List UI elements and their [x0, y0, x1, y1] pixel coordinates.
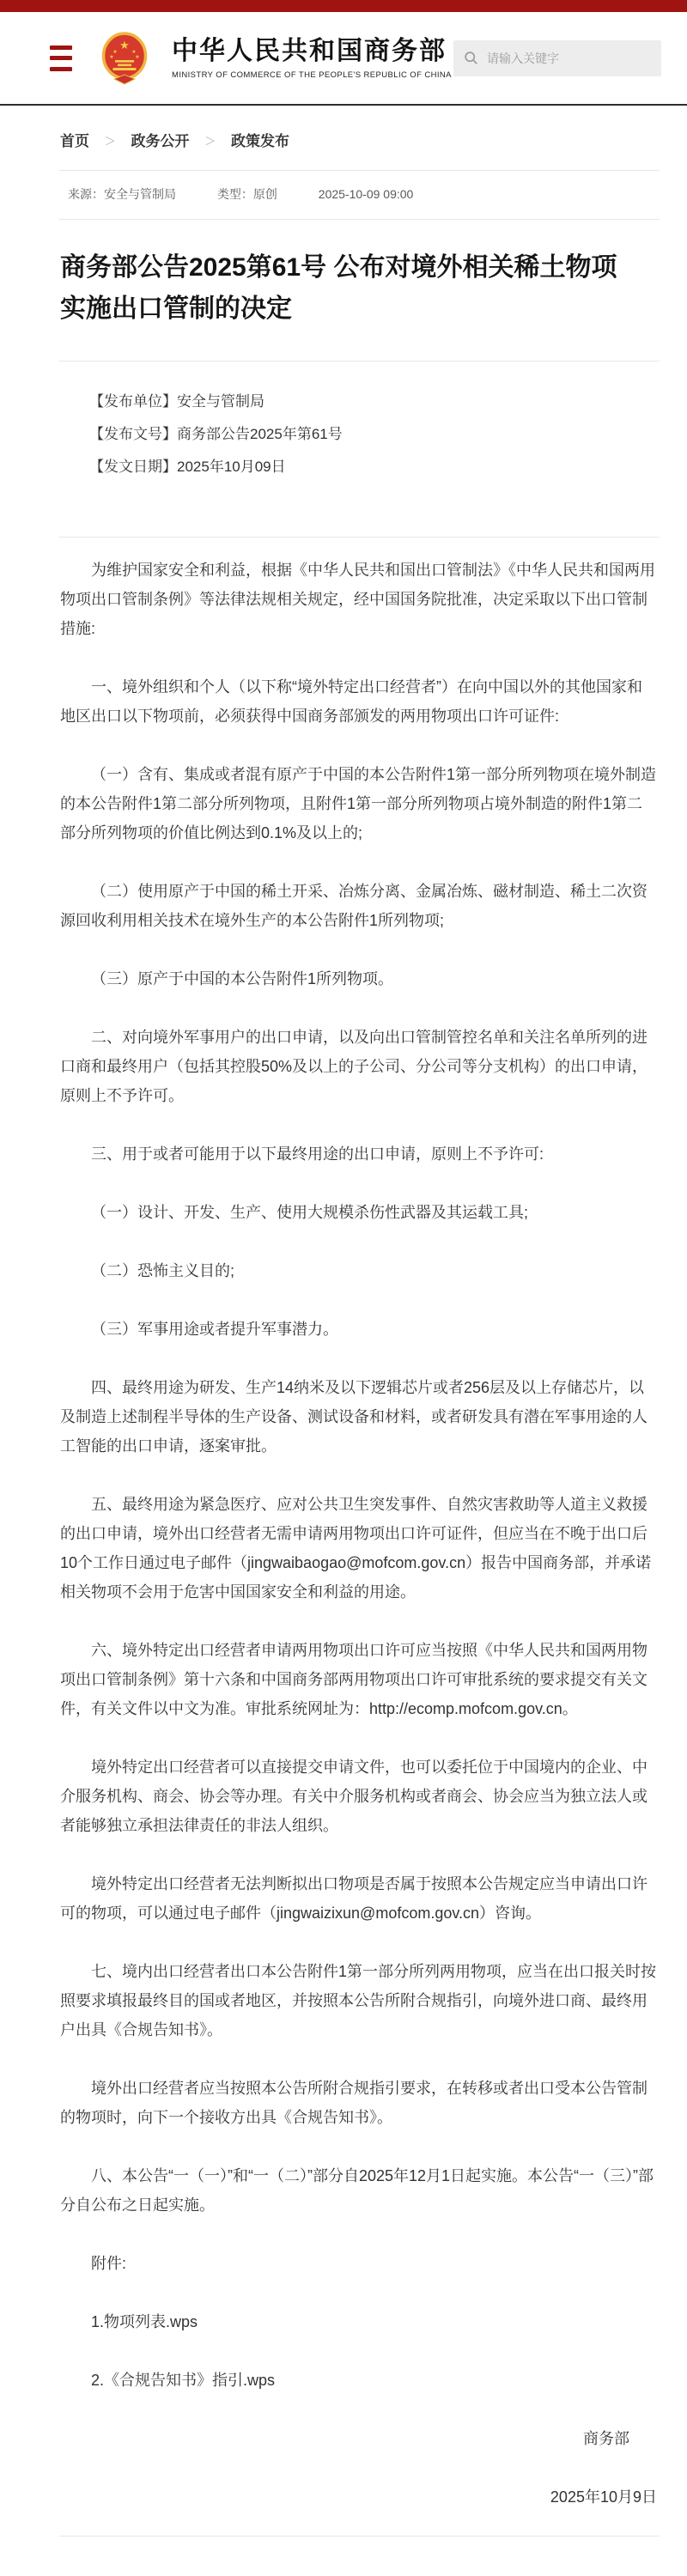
breadcrumb: 首页 ＞ 政务公开 ＞ 政策发布	[0, 106, 687, 170]
breadcrumb-item-home[interactable]: 首页	[60, 133, 89, 149]
meta-type-label: 类型：	[217, 187, 253, 201]
attachment-link-items-list[interactable]: 1.物项列表.wps	[91, 2313, 198, 2330]
info-document-number: 【发布文号】商务部公告2025年第61号	[60, 418, 657, 451]
signature-date: 2025年10月9日	[60, 2482, 657, 2512]
article-paragraph: （三）军事用途或者提升军事潜力。	[60, 1315, 657, 1344]
article-paragraph: 四、最终用途为研发、生产14纳米及以下逻辑芯片或者256层及以上存储芯片，以及制…	[60, 1373, 657, 1461]
article-body: 为维护国家安全和利益，根据《中华人民共和国出口管制法》《中华人民共和国两用物项出…	[0, 538, 687, 2512]
meta-source-label: 来源：	[68, 187, 104, 201]
breadcrumb-separator-icon: ＞	[105, 135, 116, 148]
article-paragraph: 七、境内出口经营者出口本公告附件1第一部分所列两用物项，应当在出口报关时按照要求…	[60, 1957, 657, 2044]
article-paragraph: 六、境外特定出口经营者申请两用物项出口许可应当按照《中华人民共和国两用物项出口管…	[60, 1636, 657, 1723]
svg-text:★: ★	[131, 49, 136, 55]
article-paragraph: （三）原产于中国的本公告附件1所列物项。	[60, 964, 657, 993]
meta-type-value: 原创	[253, 187, 277, 201]
brand: 中华人民共和国商务部 MINISTRY OF COMMERCE OF THE P…	[172, 37, 452, 80]
article-paragraph: （二）使用原产于中国的稀土开采、冶炼分离、金属冶炼、磁材制造、稀土二次资源回收利…	[60, 877, 657, 935]
article-paragraph: 一、境外组织和个人（以下称“境外特定出口经营者”）在向中国以外的其他国家和地区出…	[60, 672, 657, 731]
svg-text:★: ★	[135, 54, 139, 60]
svg-text:★: ★	[109, 54, 113, 60]
ministry-title: 中华人民共和国商务部	[172, 37, 452, 65]
article-paragraph: 境外特定出口经营者可以直接提交申请文件，也可以委托位于中国境内的企业、中介服务机…	[60, 1753, 657, 1840]
article-paragraph: 境外出口经营者应当按照本公告所附合规指引要求，在转移或者出口受本公告管制的物项时…	[60, 2074, 657, 2132]
article-paragraph: 八、本公告“一（一）”和“一（二）”部分自2025年12月1日起实施。本公告“一…	[60, 2161, 657, 2220]
menu-hamburger-icon[interactable]	[50, 46, 72, 71]
breadcrumb-item-govinfo[interactable]: 政务公开	[131, 133, 189, 149]
article-paragraph: （二）恐怖主义目的;	[60, 1256, 657, 1285]
svg-text:★: ★	[119, 39, 130, 52]
page-title: 商务部公告2025第61号 公布对境外相关稀土物项实施出口管制的决定	[0, 220, 687, 361]
attachments-label: 附件:	[60, 2249, 657, 2278]
article-paragraph: 二、对向境外军事用户的出口申请，以及向出口管制管控名单和关注名单所列的进口商和最…	[60, 1023, 657, 1110]
article-paragraph: 境外特定出口经营者无法判断拟出口物项是否属于按照本公告规定应当申请出口许可的物项…	[60, 1869, 657, 1928]
article-paragraph: （一）含有、集成或者混有原产于中国的本公告附件1第一部分所列物项在境外制造的本公…	[60, 760, 657, 848]
attachment-link-compliance-guide[interactable]: 2.《合规告知书》指引.wps	[91, 2372, 275, 2389]
breadcrumb-item-policy[interactable]: 政策发布	[231, 133, 289, 149]
meta-source-value: 安全与管制局	[104, 187, 176, 201]
article-info-block: 【发布单位】安全与管制局 【发布文号】商务部公告2025年第61号 【发文日期】…	[0, 361, 687, 537]
breadcrumb-separator-icon: ＞	[204, 135, 216, 148]
meta-datetime: 2025-10-09 09:00	[319, 187, 414, 201]
search-icon	[464, 51, 478, 65]
article-paragraph: 三、用于或者可能用于以下最终用途的出口申请，原则上不予许可:	[60, 1139, 657, 1169]
svg-text:★: ★	[112, 49, 117, 55]
national-emblem-logo[interactable]: ★ ★ ★ ★ ★	[101, 32, 148, 85]
site-header: ★ ★ ★ ★ ★ 中华人民共和国商务部 MINISTRY OF COMMERC…	[0, 12, 687, 106]
ministry-subtitle-en: MINISTRY OF COMMERCE OF THE PEOPLE'S REP…	[172, 70, 452, 80]
info-issue-date: 【发文日期】2025年10月09日	[60, 451, 657, 483]
article-paragraph: （一）设计、开发、生产、使用大规模杀伤性武器及其运载工具;	[60, 1198, 657, 1227]
search-input[interactable]	[487, 52, 651, 65]
page: ★ ★ ★ ★ ★ 中华人民共和国商务部 MINISTRY OF COMMERC…	[0, 0, 687, 2576]
top-red-bar	[0, 0, 687, 12]
article-paragraph: 五、最终用途为紧急医疗、应对公共卫生突发事件、自然灾害救助等人道主义救援的出口申…	[60, 1490, 657, 1607]
search-box[interactable]	[453, 40, 661, 76]
info-publish-unit: 【发布单位】安全与管制局	[60, 386, 657, 418]
article-paragraph: 为维护国家安全和利益，根据《中华人民共和国出口管制法》《中华人民共和国两用物项出…	[60, 556, 657, 643]
article-meta: 来源：安全与管制局 类型：原创 2025-10-09 09:00	[0, 171, 687, 219]
signature-ministry: 商务部	[60, 2424, 629, 2453]
bottom-whitespace	[0, 2537, 687, 2566]
